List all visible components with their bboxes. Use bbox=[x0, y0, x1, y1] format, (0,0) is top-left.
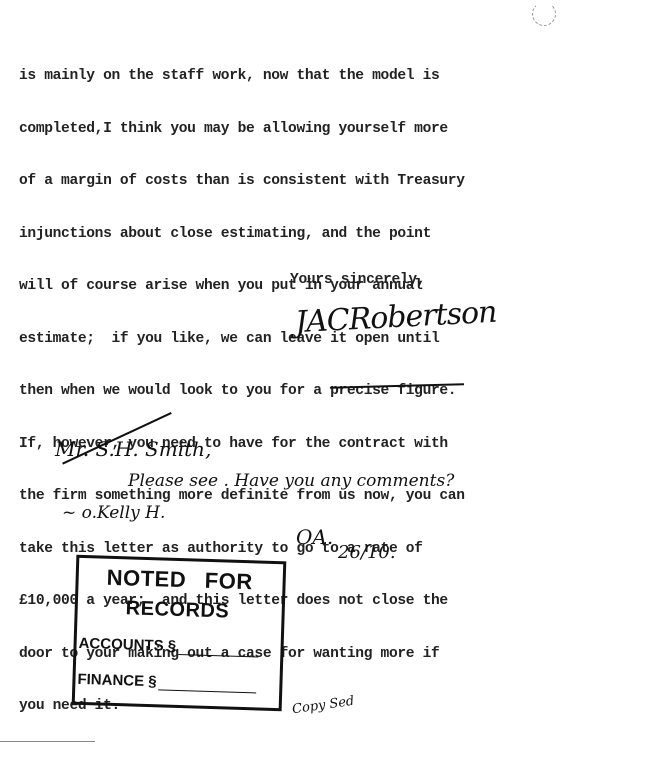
bottom-scan-rule bbox=[0, 741, 95, 742]
closing-salutation: Yours sincerely, bbox=[290, 272, 425, 288]
stamp-field-accounts-label: ACCOUNTS § bbox=[78, 635, 176, 655]
body-line: then when we would look to you for a pre… bbox=[19, 383, 619, 401]
noted-for-records-stamp: NOTED FOR RECORDS ACCOUNTS § FINANCE § bbox=[72, 555, 287, 712]
stamp-field-accounts: ACCOUNTS § bbox=[78, 635, 258, 658]
body-line: completed,I think you may be allowing yo… bbox=[19, 121, 619, 139]
stamp-field-accounts-blank bbox=[178, 642, 258, 658]
stamp-field-finance: FINANCE § bbox=[77, 671, 257, 694]
stamp-title-line1: NOTED FOR bbox=[106, 565, 253, 596]
handwritten-note: Please see . Have you any comments? bbox=[128, 471, 454, 491]
handwritten-date: 26/10. bbox=[338, 542, 396, 563]
stamp-field-finance-label: FINANCE § bbox=[77, 671, 157, 690]
corner-mark bbox=[532, 2, 556, 26]
handwritten-initials-scribble: ~ o.Kelly H. bbox=[62, 503, 165, 523]
body-line: of a margin of costs than is consistent … bbox=[19, 173, 619, 191]
handwritten-initials: OA. bbox=[296, 525, 333, 549]
body-line: is mainly on the staff work, now that th… bbox=[19, 68, 619, 86]
body-line: injunctions about close estimating, and … bbox=[19, 226, 619, 244]
stamp-field-finance-blank bbox=[158, 677, 256, 693]
scanned-letter-page: is mainly on the staff work, now that th… bbox=[0, 0, 650, 765]
handwritten-addressee: Mr. S.H. Smith, bbox=[55, 437, 211, 461]
stamp-title-line2: RECORDS bbox=[125, 597, 229, 623]
